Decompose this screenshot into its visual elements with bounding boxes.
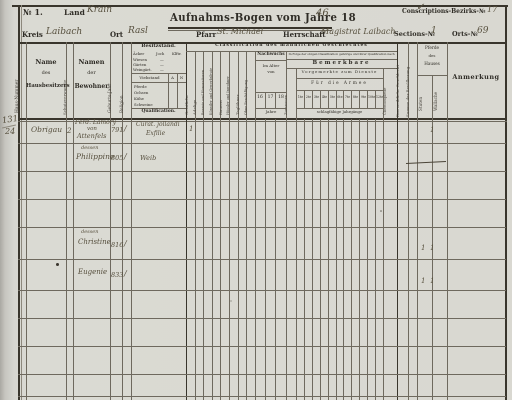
class-col-label: Künstler und Gewerbsleute	[209, 68, 214, 115]
land-value: Krain	[87, 6, 112, 15]
frame-left	[18, 5, 20, 400]
row-line	[18, 199, 506, 200]
col-line	[383, 68, 384, 400]
conscription-value: 17	[487, 6, 497, 14]
geburtsjahr-header: Geburts-Jahr	[108, 84, 113, 113]
age-17: 17	[266, 96, 275, 101]
armee-class: 3te	[313, 96, 320, 99]
conscription-label: Conscriptions-Bezirks-№	[402, 9, 485, 15]
armee-class: 9te	[360, 96, 367, 99]
col-line	[296, 68, 297, 400]
besitz-dash: —	[160, 68, 164, 72]
row-line	[18, 259, 506, 260]
entry-tally-mark: 1	[430, 245, 434, 252]
entry-owner: Obrigau	[31, 126, 62, 134]
title-year: 46	[316, 9, 329, 19]
entry-religion-mark: ∕	[124, 240, 127, 248]
bemerkbare-title: Bemerkbare	[286, 61, 397, 67]
entry-birth-year: 791	[111, 127, 123, 134]
rule	[255, 92, 287, 93]
besitz-row1-label: Äcker	[133, 52, 144, 56]
bewohner-header-3: Bewohner	[73, 84, 110, 90]
besitz-unit1: Joch	[156, 52, 164, 56]
owner-header-2: des	[26, 71, 66, 76]
entry-tally-mark: 1	[421, 245, 425, 252]
frame-left-inner	[21, 5, 22, 400]
entry-resident-name: Christine	[78, 239, 111, 246]
class-col-label: Häusler und Inwohner	[226, 76, 231, 115]
nachwuchs-sub1: Im Alter	[255, 64, 287, 68]
female-col-header: Das weibliche Geschlecht	[395, 65, 400, 117]
bewohner-header-1: Namen	[73, 59, 110, 66]
pfarr-value: St. Michael	[217, 28, 263, 36]
owner-header-1: Name	[26, 59, 66, 66]
row-line	[18, 318, 506, 319]
entry-birth-year: 816	[111, 242, 123, 249]
margin-house-number-top: 131	[1, 115, 18, 126]
entry-resident-pre: dessen	[81, 230, 98, 235]
entry-religion-mark: ∕	[124, 270, 127, 278]
entry-parteien: 2	[67, 128, 71, 135]
besitzstand-title: Besitzstand.	[131, 44, 186, 49]
entry-tally-mark: 1	[430, 127, 434, 134]
uebercomplette-col: Übercomplette	[383, 88, 388, 115]
bewohner-header-2: der	[73, 71, 110, 76]
herrschaft-value: Magistrat Laibach	[321, 28, 395, 36]
horses-title-3: Hauses	[417, 62, 447, 66]
entry-dash-stroke	[406, 161, 446, 164]
entry-birth-year: 833	[111, 272, 123, 279]
ink-spot	[230, 300, 232, 302]
rule	[255, 60, 287, 61]
class-col-label: Taglöhner	[235, 95, 240, 115]
row-line	[18, 396, 506, 397]
frame-right	[505, 5, 507, 400]
armee-class: 2te	[305, 96, 312, 99]
row-line	[18, 171, 506, 172]
row-line	[18, 346, 506, 347]
entry-resident-line: Attenfels	[77, 133, 107, 140]
sections-value: 1	[431, 27, 437, 36]
bemerkbare-subtitle: In Folge der obigen Classification gehör…	[287, 53, 396, 56]
armee-class: 10te	[368, 96, 375, 99]
rule	[296, 78, 383, 79]
vieh-row: Ochsen	[134, 91, 148, 95]
orts-label: Orts-№	[452, 31, 478, 38]
entry-occupation-line: Exfilie	[146, 131, 165, 137]
vieh-row: Pferde	[134, 85, 147, 89]
orts-value: 69	[477, 27, 488, 36]
armee-title: Für die Armee	[296, 81, 383, 85]
ort-value: Rasl	[128, 27, 148, 36]
row-line	[18, 143, 506, 144]
form-number: № 1.	[23, 8, 43, 16]
col-line	[432, 75, 433, 400]
nachwuchs-title: Nachwuchs	[255, 53, 287, 58]
pfarr-label: Pfarr	[196, 31, 216, 38]
armee-class: 4te	[321, 96, 328, 99]
class-col-label: Adelige	[192, 100, 197, 115]
entry-occupation-line: Curat. jollandi	[136, 122, 180, 128]
vieh-row: Kühe	[134, 97, 144, 101]
vorgemerkte-title: Vorgemerkte zum Dienste	[296, 70, 383, 74]
entry-resident-name: Eugenie	[78, 269, 107, 276]
haus-nummer-header: Haus-Nummer	[15, 79, 20, 113]
entry-occupation-line: Weib	[140, 155, 156, 162]
entry-tally-mark: 1	[189, 126, 193, 133]
armee-class: 8te	[352, 96, 359, 99]
rule	[296, 90, 383, 91]
vieh-title: Viehstand	[131, 76, 168, 80]
row-line	[18, 290, 506, 291]
entry-birth-year: 805	[111, 155, 123, 162]
besitz-unit2: Klftr.	[172, 52, 182, 56]
age-16: 16	[255, 96, 265, 101]
class-col-label: Bauern	[218, 100, 223, 115]
vieh-row: Schweine	[134, 103, 153, 107]
kreis-value: Laibach	[46, 28, 82, 37]
class-col-label: Beamte und Honoratioren	[201, 70, 206, 115]
entry-religion-mark: ∕	[124, 125, 127, 133]
classification-title: Classification des männlichen Geschlecht…	[186, 44, 397, 49]
rule	[417, 75, 447, 76]
vieh-col1: A	[168, 76, 177, 80]
margin-house-number-bottom: 24	[5, 128, 15, 136]
schlagfaehige-footer: schlagfähige Jahrgänge	[296, 110, 383, 114]
entry-resident-name: Philippine	[76, 153, 114, 161]
entry-religion-mark: ∕	[124, 153, 127, 161]
qualification-footer: Qualification.	[131, 110, 186, 115]
col-line	[255, 51, 256, 400]
vieh-col2: N	[177, 76, 186, 80]
class-col-label: Ohne Beschäftigung	[244, 80, 249, 115]
horses-title-1: Pferde	[417, 46, 447, 50]
religion-header: Religion	[119, 95, 124, 113]
horses-title-2: des	[417, 54, 447, 58]
armee-class: 5te	[329, 96, 336, 99]
ort-label: Ort	[110, 31, 123, 38]
sections-label: Sections-№	[394, 31, 435, 38]
census-form-sheet: № 1. Land Krain Aufnahms-Bogen vom Jahre…	[0, 0, 512, 400]
armee-class: 1te	[297, 96, 304, 99]
nachwuchs-sub2: von	[255, 70, 287, 74]
armee-class: 12te	[376, 96, 383, 99]
armee-class: 6te	[337, 96, 343, 99]
zusammen-col: Zusammen	[284, 95, 289, 115]
land-label: Land	[64, 9, 85, 17]
besitz-row4-label: Weingärt.	[133, 68, 152, 72]
anmerkung-header: Anmerkung	[447, 74, 505, 81]
row-line	[18, 374, 506, 375]
kreis-label: Kreis	[22, 31, 43, 38]
armee-class: 7te	[344, 96, 351, 99]
class-col-label: Geistliche	[184, 95, 189, 115]
entry-tally-mark: 1	[430, 278, 434, 285]
ink-spot	[56, 263, 59, 266]
horses-col-2: Wallache	[433, 92, 438, 111]
herrschaft-label: Herrschaft	[283, 31, 326, 38]
entry-tally-mark: 1	[421, 278, 425, 285]
horses-col-1: Stuten	[418, 97, 423, 111]
total-col-header: Summe der Bevölkerung	[405, 67, 410, 117]
owner-header-3: Hausbesitzers	[26, 84, 66, 90]
parteien-header: Schutzverwandte	[62, 80, 67, 115]
ink-spot	[380, 210, 382, 212]
ages-unit: Jahre	[255, 110, 287, 114]
entry-resident-pre: dessen	[81, 146, 98, 151]
